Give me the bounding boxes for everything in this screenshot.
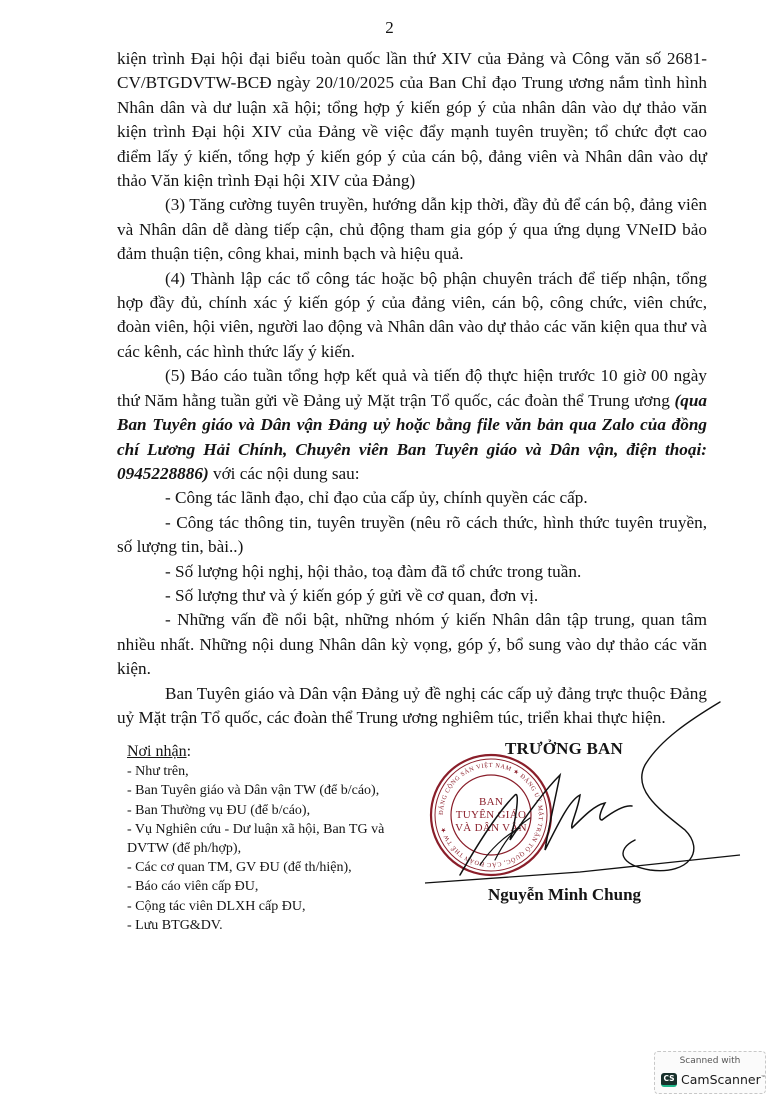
page-number: 2 — [0, 18, 779, 38]
brand-name: CamScanner — [681, 1072, 761, 1087]
recipients-heading: Nơi nhận — [127, 743, 187, 760]
report-item: - Những vấn đề nổi bật, những nhóm ý kiế… — [117, 608, 707, 681]
trademark-mark: ™ — [761, 1075, 766, 1081]
recipient-item: - Ban Thường vụ ĐU (để b/cáo), — [127, 801, 427, 820]
item-5-tail: với các nội dung sau: — [209, 464, 360, 483]
stamp-line: BAN — [428, 796, 554, 808]
stamp-line: TUYÊN GIÁO — [428, 809, 554, 821]
report-item: - Công tác lãnh đạo, chỉ đạo của cấp ủy,… — [117, 486, 707, 510]
recipient-item: - Cộng tác viên DLXH cấp ĐU, — [127, 897, 427, 916]
watermark-brand: CamScanner™ — [681, 1072, 766, 1087]
recipient-item: - Ban Tuyên giáo và Dân vận TW (để b/cáo… — [127, 781, 427, 800]
signer-name: Nguyễn Minh Chung — [488, 885, 641, 905]
paragraph-item-4: (4) Thành lập các tổ công tác hoặc bộ ph… — [117, 267, 707, 365]
recipient-item: - Vụ Nghiên cứu - Dư luận xã hội, Ban TG… — [127, 820, 427, 858]
paragraph-item-3: (3) Tăng cường tuyên truyền, hướng dẫn k… — [117, 193, 707, 266]
watermark-caption: Scanned with — [655, 1056, 765, 1066]
camscanner-watermark: Scanned with CS CamScanner™ — [654, 1051, 766, 1094]
closing-paragraph: Ban Tuyên giáo và Dân vận Đảng uỷ đề ngh… — [117, 682, 707, 731]
recipient-item: - Các cơ quan TM, GV ĐU (để th/hiện), — [127, 858, 427, 877]
paragraph-continuation: kiện trình Đại hội đại biểu toàn quốc lầ… — [117, 47, 707, 193]
paragraph-item-5: (5) Báo cáo tuần tổng hợp kết quả và tiế… — [117, 364, 707, 486]
recipient-item: - Lưu BTG&DV. — [127, 916, 427, 935]
report-item: - Số lượng hội nghị, hội thảo, toạ đàm đ… — [117, 560, 707, 584]
stamp-line: VÀ DÂN VẬN — [428, 822, 554, 834]
document-body: kiện trình Đại hội đại biểu toàn quốc lầ… — [117, 47, 707, 730]
camscanner-logo-icon: CS — [661, 1073, 677, 1087]
report-item: - Số lượng thư và ý kiến góp ý gửi về cơ… — [117, 584, 707, 608]
recipient-item: - Báo cáo viên cấp ĐU, — [127, 877, 427, 896]
official-seal-icon: ĐẢNG CỘNG SẢN VIỆT NAM ★ ĐẢNG UỶ MẶT TRẬ… — [428, 752, 554, 878]
item-5-text: (5) Báo cáo tuần tổng hợp kết quả và tiế… — [117, 366, 707, 409]
recipients-heading-colon: : — [187, 743, 191, 760]
recipient-item: - Như trên, — [127, 762, 427, 781]
recipients-block: Nơi nhận: - Như trên, - Ban Tuyên giáo v… — [127, 742, 427, 935]
report-item: - Công tác thông tin, tuyên truyền (nêu … — [117, 511, 707, 560]
